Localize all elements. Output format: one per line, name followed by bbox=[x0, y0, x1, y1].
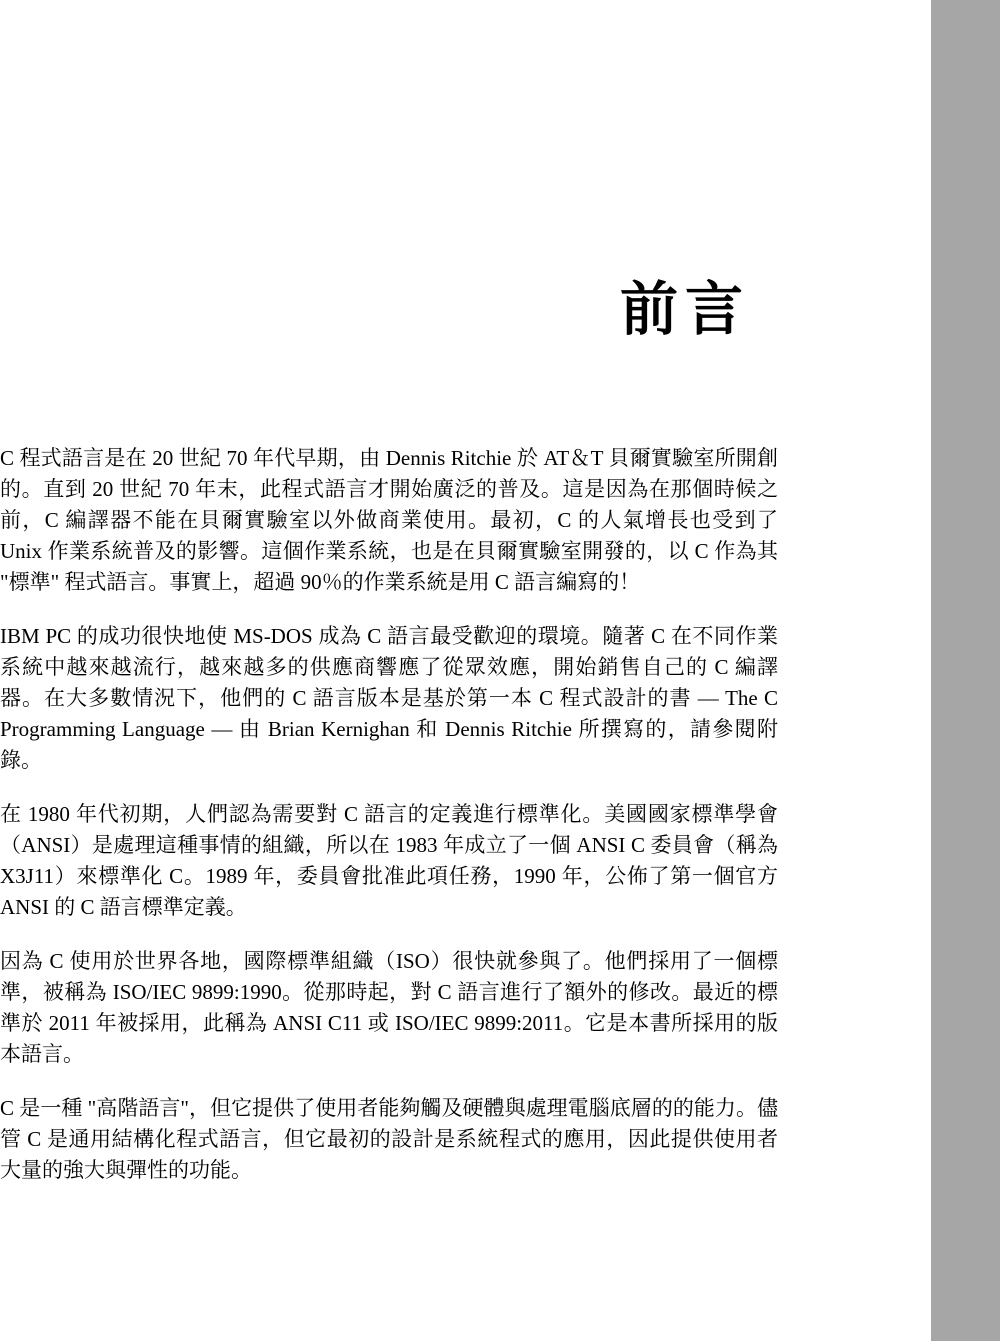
book-page: 前言 C 程式語言是在 20 世紀 70 年代早期，由 Dennis Ritch… bbox=[0, 0, 1000, 1341]
binding-strip bbox=[931, 0, 1000, 1341]
page-title: 前言 bbox=[0, 280, 778, 341]
paragraph-4: 因為 C 使用於世界各地，國際標準組織（ISO）很快就參與了。他們採用了一個標準… bbox=[0, 946, 778, 1070]
paragraph-5: C 是一種 "高階語言"，但它提供了使用者能夠觸及硬體與處理電腦底層的的能力。儘… bbox=[0, 1093, 778, 1186]
paragraph-2: IBM PC 的成功很快地使 MS-DOS 成為 C 語言最受歡迎的環境。隨著 … bbox=[0, 621, 778, 776]
paragraph-1: C 程式語言是在 20 世紀 70 年代早期，由 Dennis Ritchie … bbox=[0, 443, 778, 598]
paragraph-3: 在 1980 年代初期，人們認為需要對 C 語言的定義進行標準化。美國國家標準學… bbox=[0, 799, 778, 923]
preface-body: C 程式語言是在 20 世紀 70 年代早期，由 Dennis Ritchie … bbox=[0, 443, 778, 1186]
